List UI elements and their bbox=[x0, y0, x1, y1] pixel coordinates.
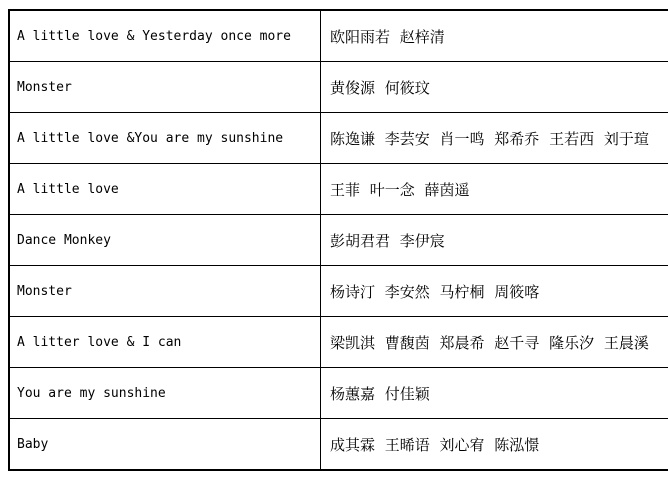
table-row: A litter love & I can 梁凯淇 曹馥茵 郑晨希 赵千寻 隆乐… bbox=[9, 317, 668, 368]
song-cell: Monster bbox=[9, 62, 321, 113]
song-cell: A little love &You are my sunshine bbox=[9, 113, 321, 164]
song-cell: A litter love & I can bbox=[9, 317, 321, 368]
song-cell: Dance Monkey bbox=[9, 215, 321, 266]
performance-table: A little love & Yesterday once more 欧阳雨若… bbox=[8, 9, 668, 471]
performers-cell: 王菲 叶一念 薛茵遥 bbox=[321, 164, 668, 215]
performers-cell: 杨诗汀 李安然 马柠桐 周筱喀 bbox=[321, 266, 668, 317]
song-cell: A little love bbox=[9, 164, 321, 215]
table-row: You are my sunshine 杨蕙嘉 付佳颖 bbox=[9, 368, 668, 419]
song-cell: You are my sunshine bbox=[9, 368, 321, 419]
table-row: A little love 王菲 叶一念 薛茵遥 bbox=[9, 164, 668, 215]
performers-cell: 陈逸谦 李芸安 肖一鸣 郑希乔 王若西 刘于瑄 bbox=[321, 113, 668, 164]
song-cell: Monster bbox=[9, 266, 321, 317]
table-row: Monster 杨诗汀 李安然 马柠桐 周筱喀 bbox=[9, 266, 668, 317]
performers-cell: 彭胡君君 李伊宸 bbox=[321, 215, 668, 266]
performers-cell: 杨蕙嘉 付佳颖 bbox=[321, 368, 668, 419]
table-row: Baby 成其霖 王晞语 刘心宥 陈泓憬 bbox=[9, 419, 668, 471]
table-row: Dance Monkey 彭胡君君 李伊宸 bbox=[9, 215, 668, 266]
performers-cell: 欧阳雨若 赵梓清 bbox=[321, 10, 668, 62]
table-row: A little love &You are my sunshine 陈逸谦 李… bbox=[9, 113, 668, 164]
performers-cell: 梁凯淇 曹馥茵 郑晨希 赵千寻 隆乐汐 王晨溪 bbox=[321, 317, 668, 368]
document-page: A little love & Yesterday once more 欧阳雨若… bbox=[0, 0, 668, 484]
performers-cell: 成其霖 王晞语 刘心宥 陈泓憬 bbox=[321, 419, 668, 471]
table-row: Monster 黄俊源 何筱玟 bbox=[9, 62, 668, 113]
song-cell: A little love & Yesterday once more bbox=[9, 10, 321, 62]
performers-cell: 黄俊源 何筱玟 bbox=[321, 62, 668, 113]
table-body: A little love & Yesterday once more 欧阳雨若… bbox=[9, 10, 668, 470]
song-cell: Baby bbox=[9, 419, 321, 471]
table-row: A little love & Yesterday once more 欧阳雨若… bbox=[9, 10, 668, 62]
